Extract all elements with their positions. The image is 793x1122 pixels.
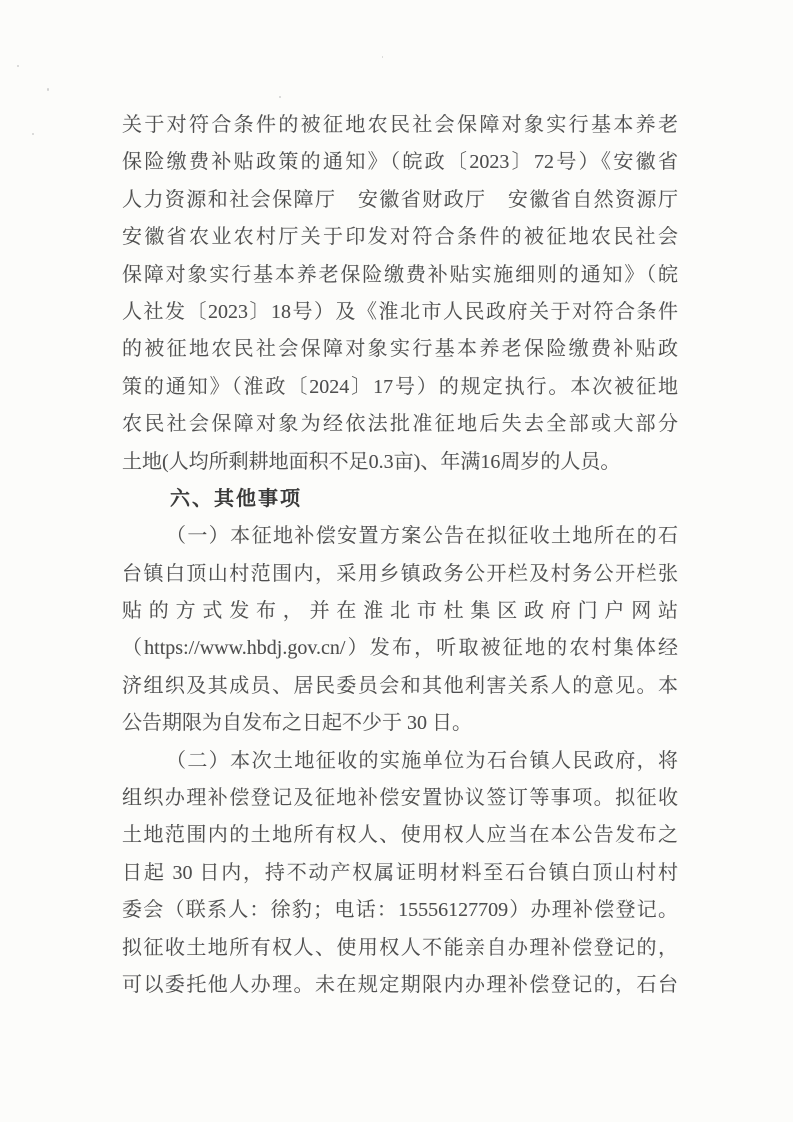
text-line: 可以委托他人办理。未在规定期限内办理补偿登记的，石台 (122, 967, 678, 1004)
document-body: 关于对符合条件的被征地农民社会保障对象实行基本养老保险缴费补贴政策的通知》（皖政… (122, 107, 678, 1004)
text-line: 组织办理补偿登记及征地补偿安置协议签订等事项。拟征收 (122, 780, 678, 817)
text-line: 委会（联系人：徐豹；电话：15556127709）办理补偿登记。 (122, 892, 678, 929)
text-line: 人力资源和社会保障厅 安徽省财政厅 安徽省自然资源厅 (122, 182, 678, 219)
text-line: 保险缴费补贴政策的通知》（皖政〔2023〕72号）《安徽省 (122, 144, 678, 181)
text-line: 台镇白顶山村范围内，采用乡镇政务公开栏及村务公开栏张 (122, 556, 678, 593)
scan-speck (47, 88, 49, 91)
text-line: 济组织及其成员、居民委员会和其他利害关系人的意见。本 (122, 668, 678, 705)
text-line: 日起 30 日内，持不动产权属证明材料至石台镇白顶山村村 (122, 855, 678, 892)
text-line: （一）本征地补偿安置方案公告在拟征收土地所在的石 (122, 518, 678, 555)
text-line: 拟征收土地所有权人、使用权人不能亲自办理补偿登记的， (122, 930, 678, 967)
text-line: 关于对符合条件的被征地农民社会保障对象实行基本养老 (122, 107, 678, 144)
text-line: 安徽省农业农村厅关于印发对符合条件的被征地农民社会 (122, 219, 678, 256)
text-line: 人社发〔2023〕18号）及《淮北市人民政府关于对符合条件 (122, 294, 678, 331)
scan-speck (32, 133, 34, 135)
text-line: 策的通知》（淮政〔2024〕17号）的规定执行。本次被征地 (122, 369, 678, 406)
document-page: 关于对符合条件的被征地农民社会保障对象实行基本养老保险缴费补贴政策的通知》（皖政… (0, 0, 793, 1122)
text-line: 公告期限为自发布之日起不少于 30 日。 (122, 705, 678, 742)
text-line: （二）本次土地征收的实施单位为石台镇人民政府，将 (122, 743, 678, 780)
text-line: 贴的方式发布，并在淮北市杜集区政府门户网站 (122, 593, 678, 630)
scan-speck (382, 56, 383, 58)
text-line: （https://www.hbdj.gov.cn/）发布，听取被征地的农村集体经 (122, 630, 678, 667)
text-line: 农民社会保障对象为经依法批准征地后失去全部或大部分 (122, 406, 678, 443)
scan-speck (279, 96, 281, 98)
text-line: 土地(人均所剩耕地面积不足0.3亩)、年满16周岁的人员。 (122, 444, 678, 481)
text-line: 保障对象实行基本养老保险缴费补贴实施细则的通知》（皖 (122, 257, 678, 294)
text-line: 的被征地农民社会保障对象实行基本养老保险缴费补贴政 (122, 331, 678, 368)
section-heading: 六、其他事项 (122, 481, 678, 518)
scan-speck (17, 65, 19, 67)
text-line: 土地范围内的土地所有权人、使用权人应当在本公告发布之 (122, 817, 678, 854)
